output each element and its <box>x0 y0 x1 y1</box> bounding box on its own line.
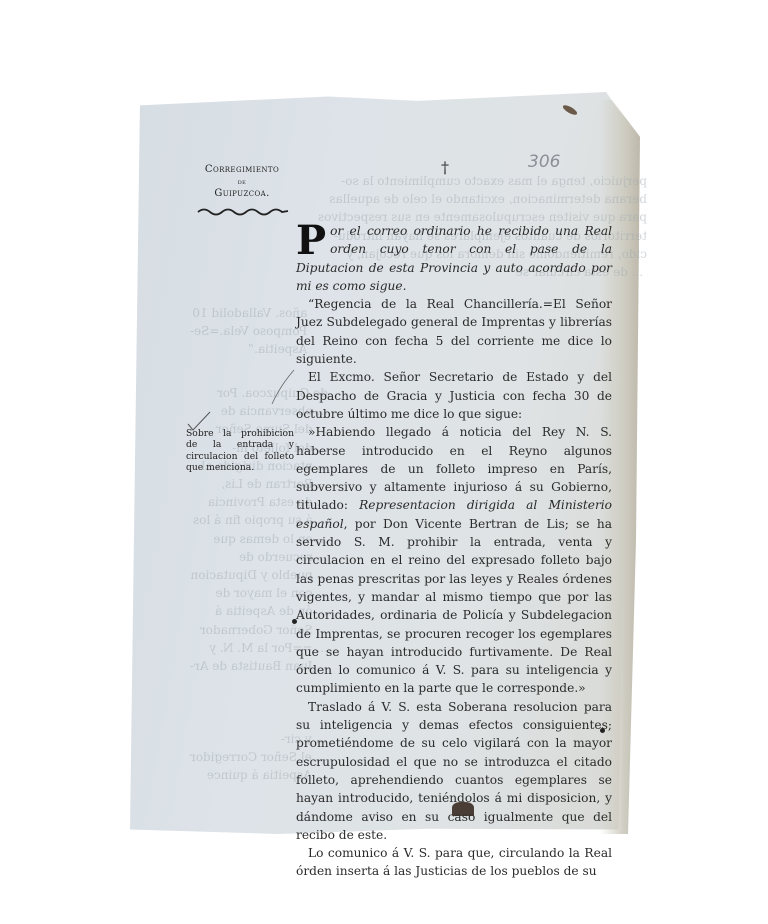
intro-paragraph: Por el correo ordinario he recibido una … <box>296 222 612 295</box>
corregimiento-line3: Guipuzcoa. <box>190 188 294 200</box>
paragraph-excmo: El Excmo. Señor Secretario de Estado y d… <box>296 368 612 423</box>
intro-text: or el correo ordinario he recibido una R… <box>296 224 612 293</box>
paragraph-traslado: Traslado á V. S. esta Soberana resolucio… <box>296 698 612 844</box>
dropcap: P <box>296 224 326 258</box>
cross-symbol: † <box>441 158 449 177</box>
real-orden-text-b: , por Don Vicente Bertran de Lis; se ha … <box>296 517 612 696</box>
corregimiento-line2: de <box>190 176 294 188</box>
handwritten-page-number: 306 <box>528 152 560 172</box>
margin-note: Sobre la prohibicion de la entrada y cir… <box>186 428 294 473</box>
corregimiento-heading: Corregimiento de Guipuzcoa. <box>190 164 294 200</box>
corregimiento-line1: Corregimiento <box>190 164 294 176</box>
paragraph-regencia: “Regencia de la Real Chancillería.=El Se… <box>296 295 612 368</box>
paragraph-real-orden: »Habiendo llegado á noticia del Rey N. S… <box>296 423 612 697</box>
ink-dot <box>292 619 297 624</box>
flourish-ornament <box>196 206 290 216</box>
document-body: Por el correo ordinario he recibido una … <box>296 222 612 881</box>
ink-dot <box>600 728 605 733</box>
pencil-mark <box>270 366 296 406</box>
bleed-through-mid: años. Valladolid 10 Pomposo Vela.=Se- As… <box>190 304 307 359</box>
paragraph-comunico: Lo comunico á V. S. para que, circulando… <box>296 844 612 881</box>
